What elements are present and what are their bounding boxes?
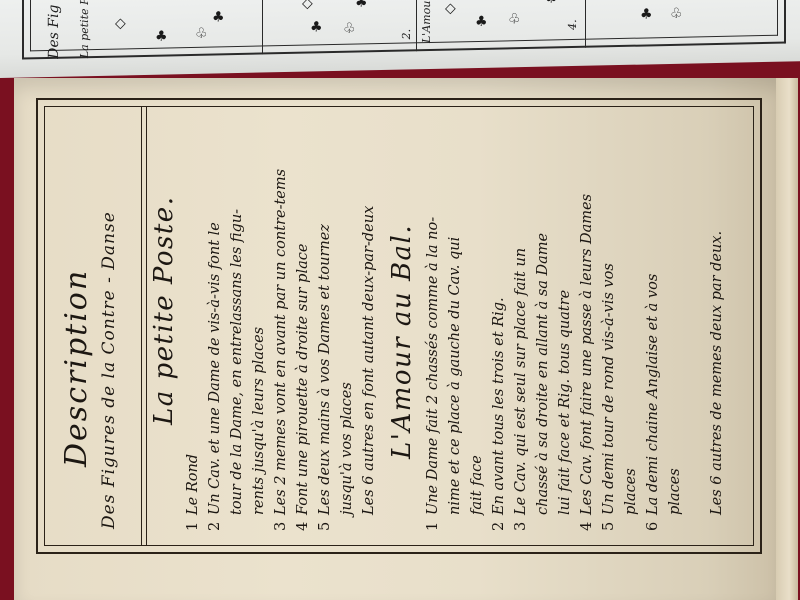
- step-text: Le Rond: [185, 454, 201, 515]
- instruction-line: Les 6 autres de memes deux par deux.: [709, 231, 725, 531]
- instruction-line: 2Un Cav. et une Dame de vis-à-vis font l…: [207, 222, 223, 531]
- step-number: 3: [273, 515, 289, 531]
- instruction-line: 4Font une pirouette à droite sur place: [295, 244, 311, 531]
- step-number: 1: [425, 515, 441, 531]
- previous-page-figure-number: 2.: [400, 29, 413, 40]
- previous-page-divider: [262, 0, 263, 55]
- section-heading: L'Amour au Bal.: [387, 224, 417, 459]
- step-text: Une Dame fait 2 chassés comme à la no-: [425, 217, 441, 515]
- step-number: 6: [645, 515, 661, 531]
- instruction-line: 4Les Cav. font faire une passe à leurs D…: [579, 194, 595, 531]
- decorative-border-outer: Description Des Figures de la Contre - D…: [36, 98, 762, 554]
- dancer-club-icon: ♣: [475, 14, 488, 30]
- title-column-divider: [141, 107, 142, 545]
- instruction-line: 1Une Dame fait 2 chassés comme à la no-: [425, 217, 441, 531]
- step-text: Les deux mains à vos Dames et tournez: [317, 224, 333, 515]
- instruction-line: Les 6 autres en font autant deux-par-deu…: [361, 206, 377, 531]
- instruction-line: 5Les deux mains à vos Dames et tournez: [317, 224, 333, 531]
- step-text: Les 2 memes vont en avant par un contre-…: [273, 169, 289, 515]
- step-text: Font une pirouette à droite sur place: [295, 244, 311, 515]
- dancer-club-icon: ♣: [640, 6, 653, 22]
- previous-page-subheader-fragment: La petite P: [78, 0, 91, 58]
- instruction-line: rents jusqu'à leurs places: [251, 327, 267, 531]
- page-edge: [776, 78, 798, 600]
- step-number: 5: [601, 515, 617, 531]
- step-text: Les 6 autres en font autant deux-par-deu…: [361, 206, 377, 515]
- dancer-club-outline-icon: ♧: [343, 21, 356, 37]
- instruction-line: 1Le Rond: [185, 454, 201, 531]
- dancer-club-icon: ♣: [355, 0, 368, 11]
- dancer-diamond-outline-icon: ◇: [445, 0, 456, 16]
- step-number: 3: [513, 515, 529, 531]
- dancer-diamond-outline-icon: ◇: [115, 15, 126, 31]
- previous-page-strip: Des Fig La petite P 2. L'Amour 4. ♣ ♧ ♣ …: [0, 0, 800, 78]
- dancer-club-outline-icon: ♧: [670, 6, 683, 22]
- step-number: 5: [317, 515, 333, 531]
- step-text: rents jusqu'à leurs places: [251, 327, 267, 515]
- dancer-club-icon: ♣: [155, 28, 168, 44]
- step-text: places: [623, 468, 639, 515]
- step-text: lui fait face et Rig. tous quatre: [557, 290, 573, 515]
- dancer-club-icon: ♣: [310, 19, 323, 35]
- dancer-club-outline-icon: ♧: [195, 26, 208, 42]
- step-text: nime et ce place à gauche du Cav. qui: [447, 237, 463, 515]
- decorative-border-inner: Description Des Figures de la Contre - D…: [44, 106, 754, 546]
- page-title: Description: [59, 269, 94, 467]
- title-column-divider-inner: [146, 107, 147, 545]
- previous-page-inner-frame: [30, 0, 778, 51]
- instruction-line: 3Les 2 memes vont en avant par un contre…: [273, 169, 289, 531]
- step-text: fait face: [469, 455, 485, 515]
- instruction-line: 2En avant tous les trois et Rig.: [491, 297, 507, 531]
- step-number: 2: [207, 515, 223, 531]
- step-text: En avant tous les trois et Rig.: [491, 297, 507, 515]
- previous-page-divider: [416, 0, 417, 51]
- previous-page-divider: [585, 0, 586, 48]
- instruction-line: places: [623, 468, 639, 531]
- previous-page-header-fragment: Des Fig: [46, 4, 62, 59]
- step-text: La demi chaine Anglaise et à vos: [645, 274, 661, 515]
- instruction-line: jusqu'à vos places: [339, 382, 355, 531]
- instruction-line: places: [667, 468, 683, 531]
- instruction-line: lui fait face et Rig. tous quatre: [557, 290, 573, 531]
- book-page: Description Des Figures de la Contre - D…: [14, 78, 784, 600]
- step-text: tour de la Dame, en entrelassans les fig…: [229, 209, 245, 515]
- instruction-line: fait face: [469, 455, 485, 531]
- instruction-line: nime et ce place à gauche du Cav. qui: [447, 237, 463, 531]
- dancer-club-icon: ♣: [212, 9, 225, 25]
- step-number: 4: [295, 515, 311, 531]
- step-number: 4: [579, 515, 595, 531]
- instruction-line: 6La demi chaine Anglaise et à vos: [645, 274, 661, 531]
- dancer-club-icon: ♣: [545, 0, 558, 7]
- dancer-club-outline-icon: ♧: [508, 11, 521, 27]
- page-subtitle: Des Figures de la Contre - Danse: [99, 211, 119, 529]
- step-text: jusqu'à vos places: [339, 382, 355, 515]
- instruction-line: tour de la Dame, en entrelassans les fig…: [229, 209, 245, 531]
- previous-page-figure-label: L'Amour: [420, 0, 433, 43]
- step-text: Les Cav. font faire une passe à leurs Da…: [579, 194, 595, 515]
- step-text: Les 6 autres de memes deux par deux.: [709, 231, 725, 515]
- step-text: Le Cav. qui est seul sur place fait un: [513, 248, 529, 515]
- section-heading: La petite Poste.: [149, 196, 179, 425]
- dancer-diamond-outline-icon: ◇: [302, 0, 313, 12]
- step-text: places: [667, 468, 683, 515]
- step-number: 1: [185, 515, 201, 531]
- previous-page-figure-number: 4.: [566, 19, 579, 30]
- instruction-line: chassé à sa droite en allant à sa Dame: [535, 233, 551, 531]
- instruction-line: 5Un demi tour de rond vis-à-vis vos: [601, 263, 617, 531]
- step-text: Un Cav. et une Dame de vis-à-vis font le: [207, 222, 223, 515]
- step-number: 2: [491, 515, 507, 531]
- step-text: Un demi tour de rond vis-à-vis vos: [601, 263, 617, 515]
- instruction-line: 3Le Cav. qui est seul sur place fait un: [513, 248, 529, 531]
- step-text: chassé à sa droite en allant à sa Dame: [535, 233, 551, 515]
